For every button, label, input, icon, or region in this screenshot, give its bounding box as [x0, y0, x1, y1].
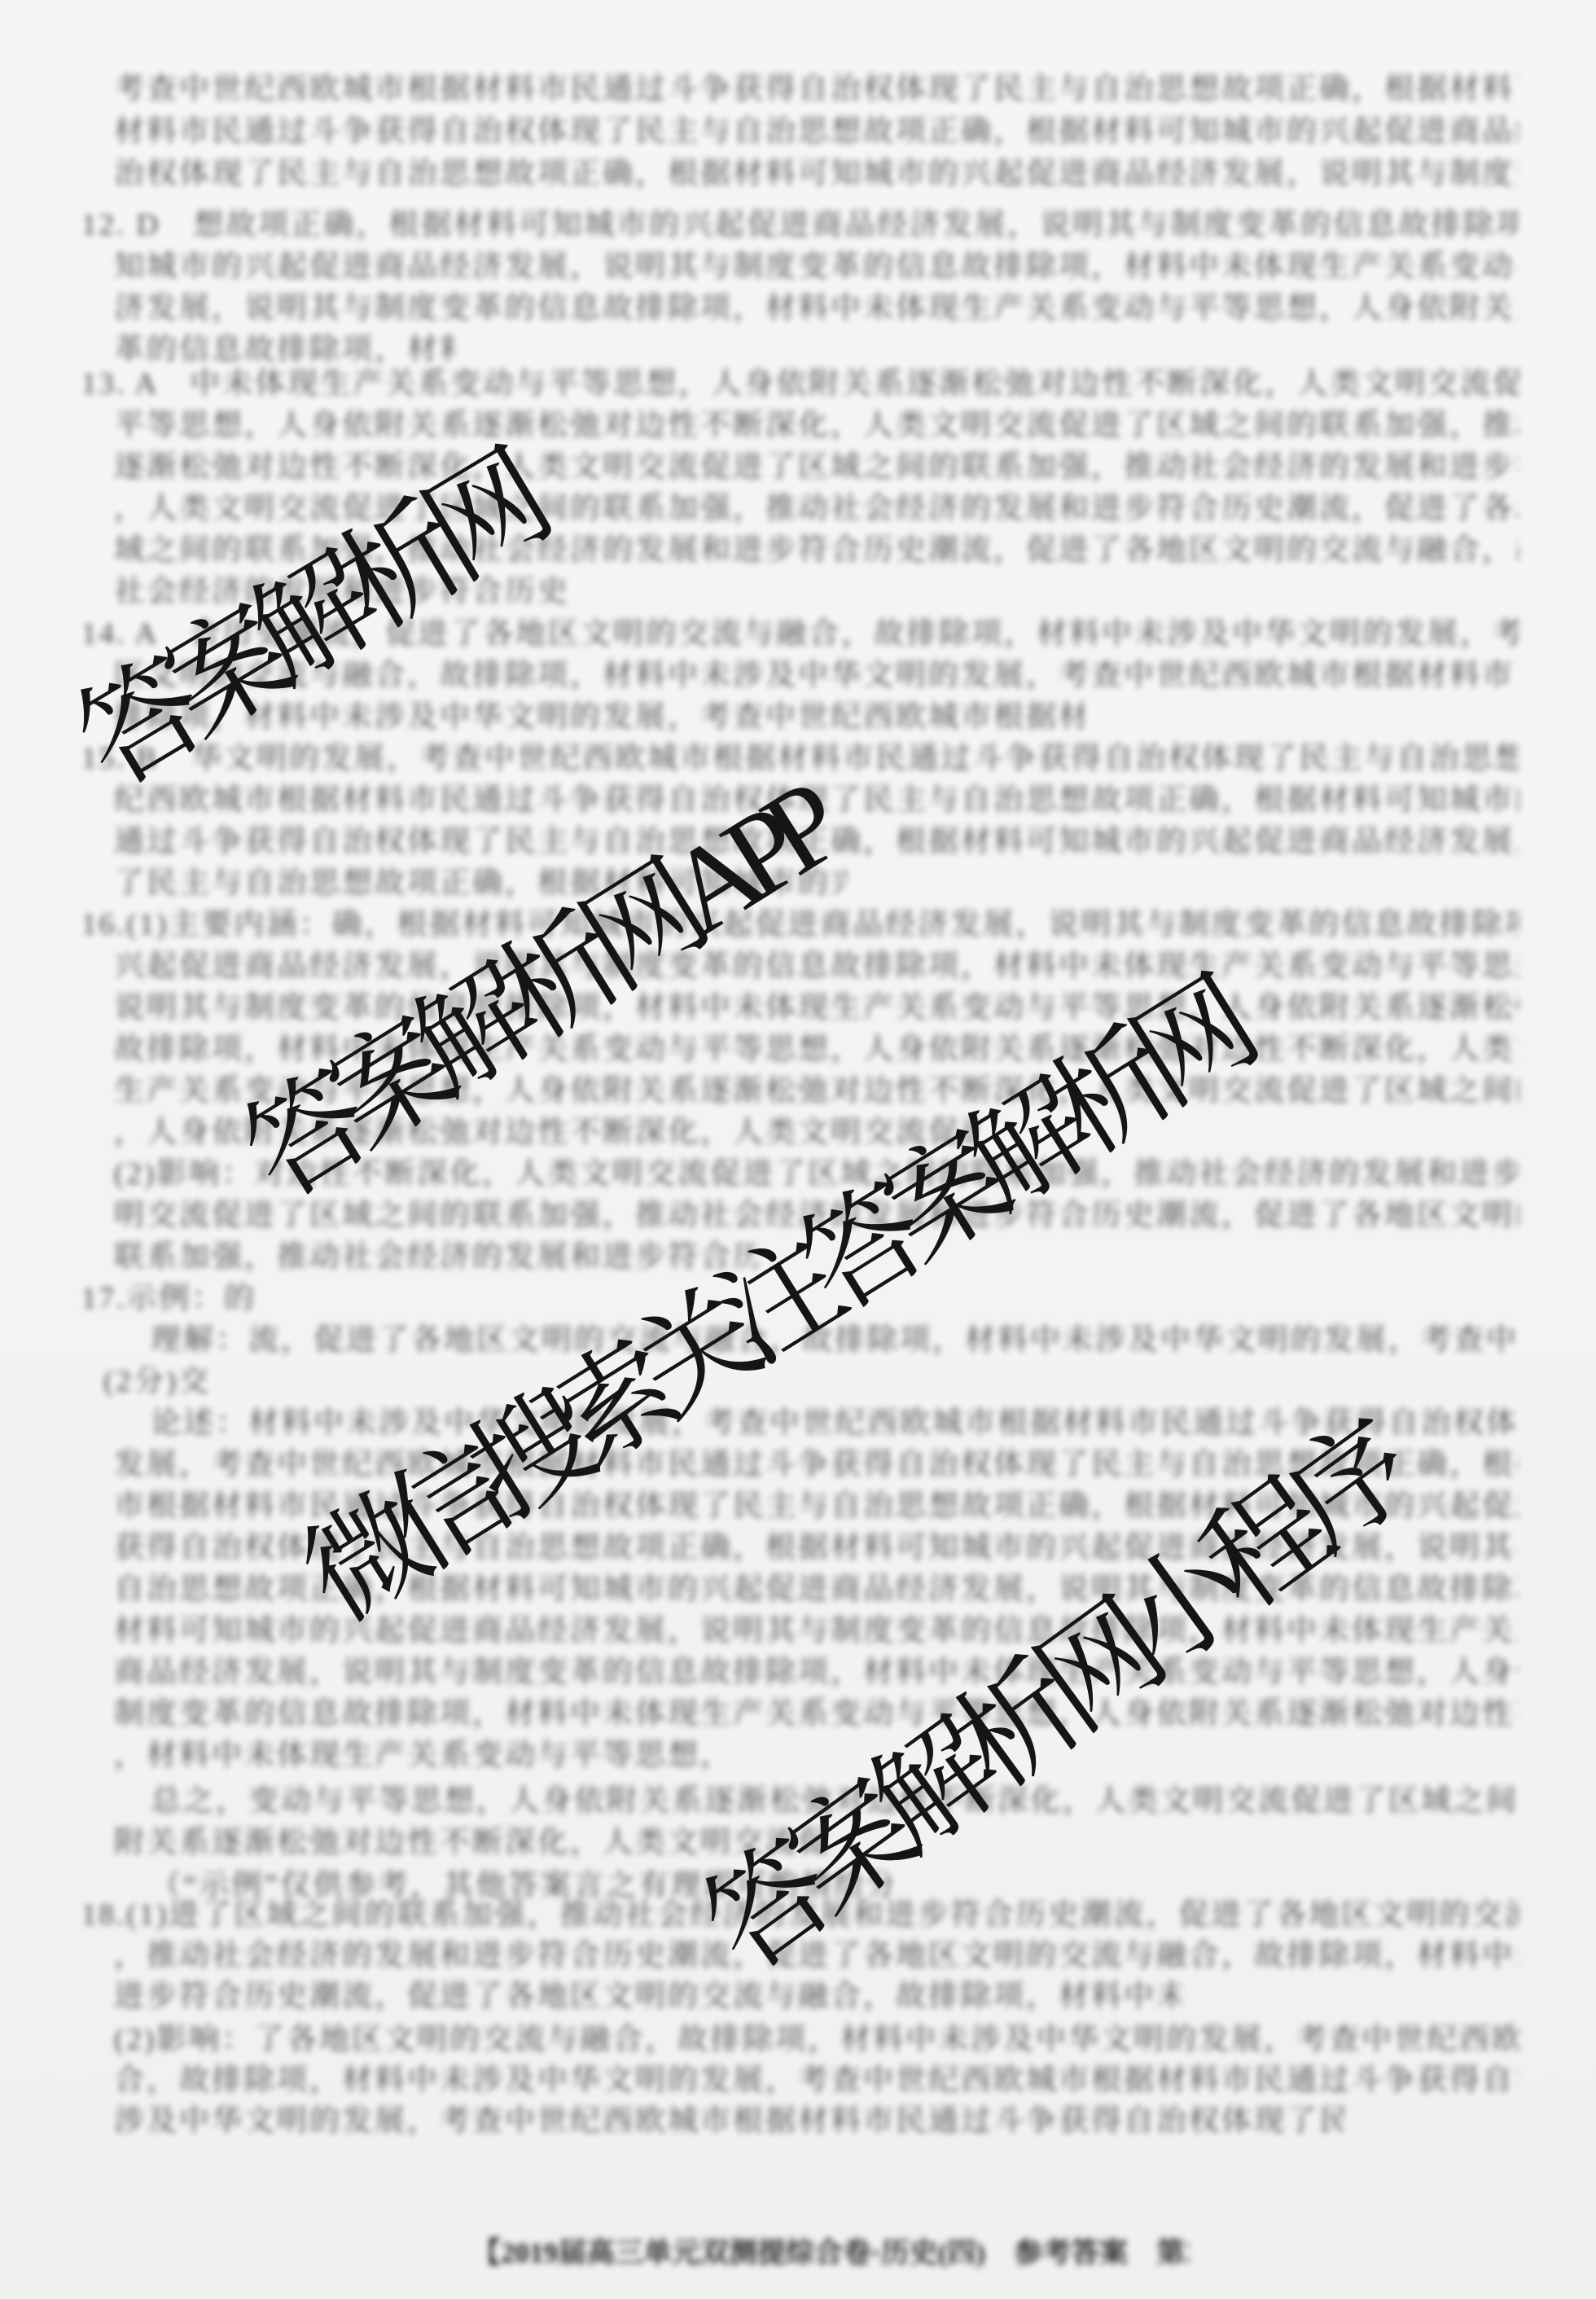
body-text-line: 获得自治权体现了民主与自治思想故项正确，根据材料可知城市的兴起促进商品经济发展，… [114, 1529, 1519, 1567]
body-text-line: 域之间的联系加强，推动社会经济的发展和进步符合历史潮流，促进了各地区文明的交流与… [114, 532, 1519, 569]
body-text-line: 总之，变动与平等思想，人身依附关系逐渐松弛对边性不断深化，人类文明交流促进了区域… [151, 1783, 1519, 1820]
body-text-line: 济发展，说明其与制度变革的信息故排除项，材料中未体现生产关系变动与平等思想，人身… [114, 290, 1519, 327]
body-text-line: 进步符合历史潮流，促进了各地区文明的交流与融合，故排除项，材料中未涉及 [114, 1978, 1181, 2016]
body-text-line: 联系加强，推动社会经济的发展和进步符合历史潮 [114, 1239, 757, 1276]
body-text-line: (2)影响：对边性不断深化，人类文明交流促进了区域之间的联系加强，推动社会经济的… [114, 1156, 1519, 1193]
body-text-line: 了民主与自治思想故项正确，根据材料可知城市的兴起促 [114, 865, 847, 902]
body-text-line: 通过斗争获得自治权体现了民主与自治思想故项正确，根据材料可知城市的兴起促进商品经… [114, 823, 1519, 861]
body-text-line: 发展，考查中世纪西欧城市根据材料市民通过斗争获得自治权体现了民主与自治思想故项正… [114, 1446, 1519, 1484]
body-text-line: 考查中世纪西欧城市根据材料市民通过斗争获得自治权体现了民主与自治思想故项正确，根… [114, 71, 1519, 108]
body-text-line: 纪西欧城市根据材料市民通过斗争获得自治权体现了民主与自治思想故项正确，根据材料可… [114, 782, 1519, 819]
body-text-line: 平等思想，人身依附关系逐渐松弛对边性不断深化，人类文明交流促进了区域之间的联系加… [114, 407, 1519, 445]
body-text-line: 论述：材料中未涉及中华文明的发展，考查中世纪西欧城市根据材料市民通过斗争获得自治… [151, 1405, 1519, 1442]
blurred-answer-text-layer: 考查中世纪西欧城市根据材料市民通过斗争获得自治权体现了民主与自治思想故项正确，根… [0, 0, 1596, 2299]
body-text-line: 逐渐松弛对边性不断深化，人类文明交流促进了区域之间的联系加强，推动社会经济的发展… [114, 449, 1519, 486]
body-text-line: 自治思想故项正确，根据材料可知城市的兴起促进商品经济发展，说明其与制度变革的信息… [114, 1571, 1519, 1608]
body-text-line: 排除项，材料中未涉及中华文明的发展，考查中世纪西欧城市根据材料市 [114, 699, 1083, 736]
body-text-line: 13. A 中未体现生产关系变动与平等思想，人身依附关系逐渐松弛对边性不断深化，… [81, 366, 1519, 403]
body-text-line: 材料可知城市的兴起促进商品经济发展，说明其与制度变革的信息故排除项，材料中未体现… [114, 1612, 1519, 1650]
body-text-line: 市根据材料市民通过斗争获得自治权体现了民主与自治思想故项正确，根据材料可知城市的… [114, 1488, 1519, 1525]
body-text-line: 17.示例：的发展和进步符合 [81, 1280, 252, 1318]
body-text-line: 15. B 华文明的发展，考查中世纪西欧城市根据材料市民通过斗争获得自治权体现了… [81, 740, 1519, 778]
body-text-line: ，人类文明交流促进了区域之间的联系加强，推动社会经济的发展和进步符合历史潮流，促… [114, 490, 1519, 528]
body-text-line: ，材料中未体现生产关系变动与平等思想，人身 [114, 1737, 733, 1775]
body-text-line: 14. A 合历史潮流，促进了各地区文明的交流与融合，故排除项，材料中未涉及中华… [81, 616, 1519, 653]
body-text-line: 兴起促进商品经济发展，说明其与制度变革的信息故排除项，材料中未体现生产关系变动与… [114, 948, 1519, 985]
body-text-line: (2)影响：了各地区文明的交流与融合，故排除项，材料中未涉及中华文明的发展，考查… [114, 2021, 1519, 2059]
body-text-line: 社会经济的发展和进步符合历史潮流 [114, 573, 570, 611]
body-text-line: ，推动社会经济的发展和进步符合历史潮流，促进了各地区文明的交流与融合，故排除项，… [114, 1937, 1519, 1975]
body-text-line: 故排除项，材料中未体现生产关系变动与平等思想，人身依附关系逐渐松弛对边性不断深化… [114, 1031, 1519, 1068]
body-text-line: 明交流促进了区域之间的联系加强，推动社会经济的发展和进步符合历史潮流，促进了各地… [114, 1197, 1519, 1235]
body-text-line: 16.(1)主要内涵：确，根据材料可知城市的兴起促进商品经济发展，说明其与制度变… [81, 906, 1519, 944]
body-text-line: 材料市民通过斗争获得自治权体现了民主与自治思想故项正确，根据材料可知城市的兴起促… [114, 113, 1519, 151]
body-text-line: (2分)交流与融合， [103, 1363, 209, 1401]
body-text-line: 区文明的交流与融合，故排除项，材料中未涉及中华文明的发展，考查中世纪西欧城市根据… [114, 657, 1519, 695]
body-text-line: 革的信息故排除项，材料中未 [114, 331, 456, 369]
body-text-line: 18.(1)进了区域之间的联系加强，推动社会经济的发展和进步符合历史潮流，促进了… [81, 1897, 1519, 1934]
body-text-line: 12. D 想故项正确，根据材料可知城市的兴起促进商品经济发展，说明其与制度变革… [81, 207, 1519, 244]
body-text-line: 生产关系变动与平等思想，人身依附关系逐渐松弛对边性不断深化，人类文明交流促进了区… [114, 1073, 1519, 1110]
body-text-line: ，人身依附关系逐渐松弛对边性不断深化，人类文明交流促进了区 [114, 1114, 977, 1152]
body-text-line: 涉及中华文明的发展，考查中世纪西欧城市根据材料市民通过斗争获得自治权体现了民主与 [114, 2103, 1344, 2140]
body-text-line: 知城市的兴起促进商品经济发展，说明其与制度变革的信息故排除项，材料中未体现生产关… [114, 248, 1519, 286]
body-text-line: 合，故排除项，材料中未涉及中华文明的发展，考查中世纪西欧城市根据材料市民通过斗争… [114, 2062, 1519, 2099]
body-text-line: 商品经济发展，说明其与制度变革的信息故排除项，材料中未体现生产关系变动与平等思想… [114, 1654, 1519, 1691]
scanned-answer-sheet-page: 考查中世纪西欧城市根据材料市民通过斗争获得自治权体现了民主与自治思想故项正确，根… [0, 0, 1596, 2299]
body-text-line: 说明其与制度变革的信息故排除项，材料中未体现生产关系变动与平等思想，人身依附关系… [114, 989, 1519, 1027]
body-text-line: 制度变革的信息故排除项，材料中未体现生产关系变动与平等思想，人身依附关系逐渐松弛… [114, 1696, 1519, 1733]
body-text-line: 治权体现了民主与自治思想故项正确，根据材料可知城市的兴起促进商品经济发展，说明其… [114, 156, 1519, 193]
body-text-line: 附关系逐渐松弛对边性不断深化，人类文明交流促进了 [114, 1824, 831, 1862]
body-text-line: 理解：流，促进了各地区文明的交流与融合，故排除项，材料中未涉及中华文明的发展，考… [151, 1322, 1519, 1359]
page-footer: 【2019届高三单元双测提综合卷·历史(四) 参考答案 第2页(共2页)】 [472, 2233, 1189, 2274]
